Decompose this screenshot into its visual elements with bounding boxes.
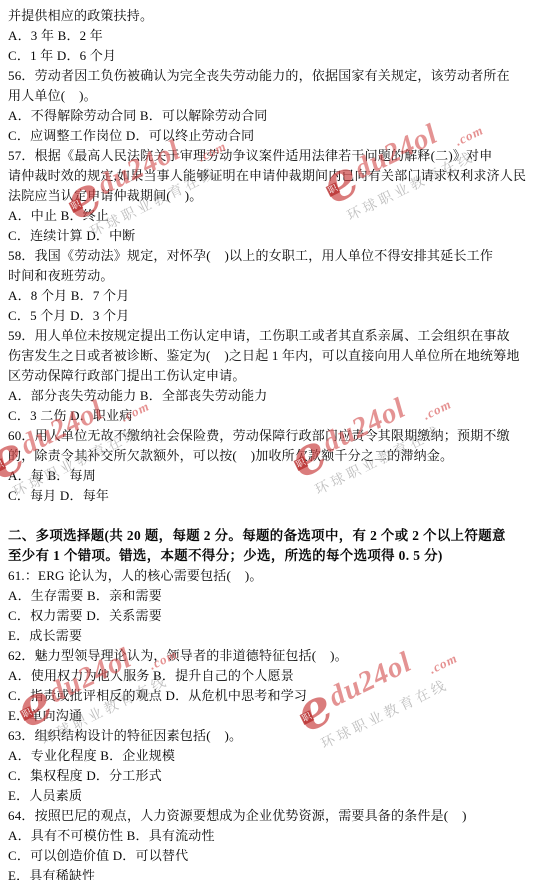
q63-option-e: E．人员素质 [8,786,530,806]
q60-options-ab: A．每 B．每周 [8,466,530,486]
q55-stem-cont: 并提供相应的政策扶持。 [8,6,530,26]
exam-document-page: 并提供相应的政策扶持。A．3 年 B．2 年C．1 年 D．6 个月56．劳动者… [0,0,535,880]
q56-stem: 56．劳动者因工负伤被确认为完全丧失劳动能力的，依据国家有关规定，该劳动者所在 [8,66,530,86]
section-2-header-cont: 至少有 1 个错项。错选，本题不得分；少选，所选的每个选项得 0. 5 分) [8,546,530,566]
q64-options-ab: A．具有不可模仿性 B．具有流动性 [8,826,530,846]
q61-options-cd: C．权力需要 D．关系需要 [8,606,530,626]
q64-options-cd: C．可以创造价值 D．可以替代 [8,846,530,866]
q63-options-cd: C．集权程度 D．分工形式 [8,766,530,786]
q57-options-cd: C．连续计算 D．中断 [8,226,530,246]
q63-options-ab: A．专业化程度 B．企业规模 [8,746,530,766]
q58-stem: 58．我国《劳动法》规定，对怀孕( )以上的女职工，用人单位不得安排其延长工作 [8,246,530,266]
q56-options-ab: A．不得解除劳动合同 B．可以解除劳动合同 [8,106,530,126]
q59-stem-cont1: 伤害发生之日或者被诊断、鉴定为( )之日起 1 年内，可以直接向用人单位所在地统… [8,346,530,366]
q61-options-ab: A．生存需要 B．亲和需要 [8,586,530,606]
q58-options-cd: C．5 个月 D．3 个月 [8,306,530,326]
q61-stem: 61.：ERG 论认为，人的核心需要包括( )。 [8,566,530,586]
q59-stem: 59．用人单位未按规定提出工伤认定申请，工伤职工或者其直系亲属、工会组织在事故 [8,326,530,346]
q58-options-ab: A．8 个月 B．7 个月 [8,286,530,306]
q62-stem: 62．魅力型领导理论认为，领导者的非道德特征包括( )。 [8,646,530,666]
q64-stem: 64．按照巴尼的观点，人力资源要想成为企业优势资源，需要具备的条件是( ) [8,806,530,826]
q63-stem: 63．组织结构设计的特征因素包括( )。 [8,726,530,746]
q60-stem-cont: 的，除责令其补交所欠款额外，可以按( )加收所欠款额千分之二的滞纳金。 [8,446,530,466]
q59-options-ab: A．部分丧失劳动能力 B．全部丧失劳动能力 [8,386,530,406]
q57-options-ab: A．中止 B．终止 [8,206,530,226]
q62-options-cd: C．指责或批评相反的观点 D．从危机中思考和学习 [8,686,530,706]
q60-options-cd: C．每月 D．每年 [8,486,530,506]
q57-stem-cont2: 法院应当认定申请仲裁期间( )。 [8,186,530,206]
q58-stem-cont: 时间和夜班劳动。 [8,266,530,286]
q59-options-cd: C．3 二伤 D．职业病 [8,406,530,426]
q56-options-cd: C．应调整工作岗位 D．可以终止劳动合同 [8,126,530,146]
q62-options-ab: A．使用权力为他人服务 B．提升自己的个人愿景 [8,666,530,686]
q57-stem-cont1: 请仲裁时效的规定,如果当事人能够证明在申请仲裁期间内已向有关部门请求权利求济人民 [8,166,530,186]
section-2-header: 二、多项选择题(共 20 题，每题 2 分。每题的备选项中，有 2 个或 2 个… [8,526,530,546]
q64-option-e: E．具有稀缺性 [8,866,530,880]
exam-text-block: 并提供相应的政策扶持。A．3 年 B．2 年C．1 年 D．6 个月56．劳动者… [8,6,530,880]
q60-stem: 60．用人单位无故不缴纳社会保险费，劳动保障行政部门应责令其限期缴纳；预期不缴 [8,426,530,446]
q61-option-e: E．成长需要 [8,626,530,646]
q62-option-e: E．单向沟通 [8,706,530,726]
q56-stem-cont: 用人单位( )。 [8,86,530,106]
q59-stem-cont2: 区劳动保障行政部门提出工伤认定申请。 [8,366,530,386]
q55-options-ab: A．3 年 B．2 年 [8,26,530,46]
q55-options-cd: C．1 年 D．6 个月 [8,46,530,66]
logo-badge: 职 [0,458,6,473]
q57-stem: 57．根据《最高人民法院关于审理劳动争议案件适用法律若干问题的解释(二)》对申 [8,146,530,166]
